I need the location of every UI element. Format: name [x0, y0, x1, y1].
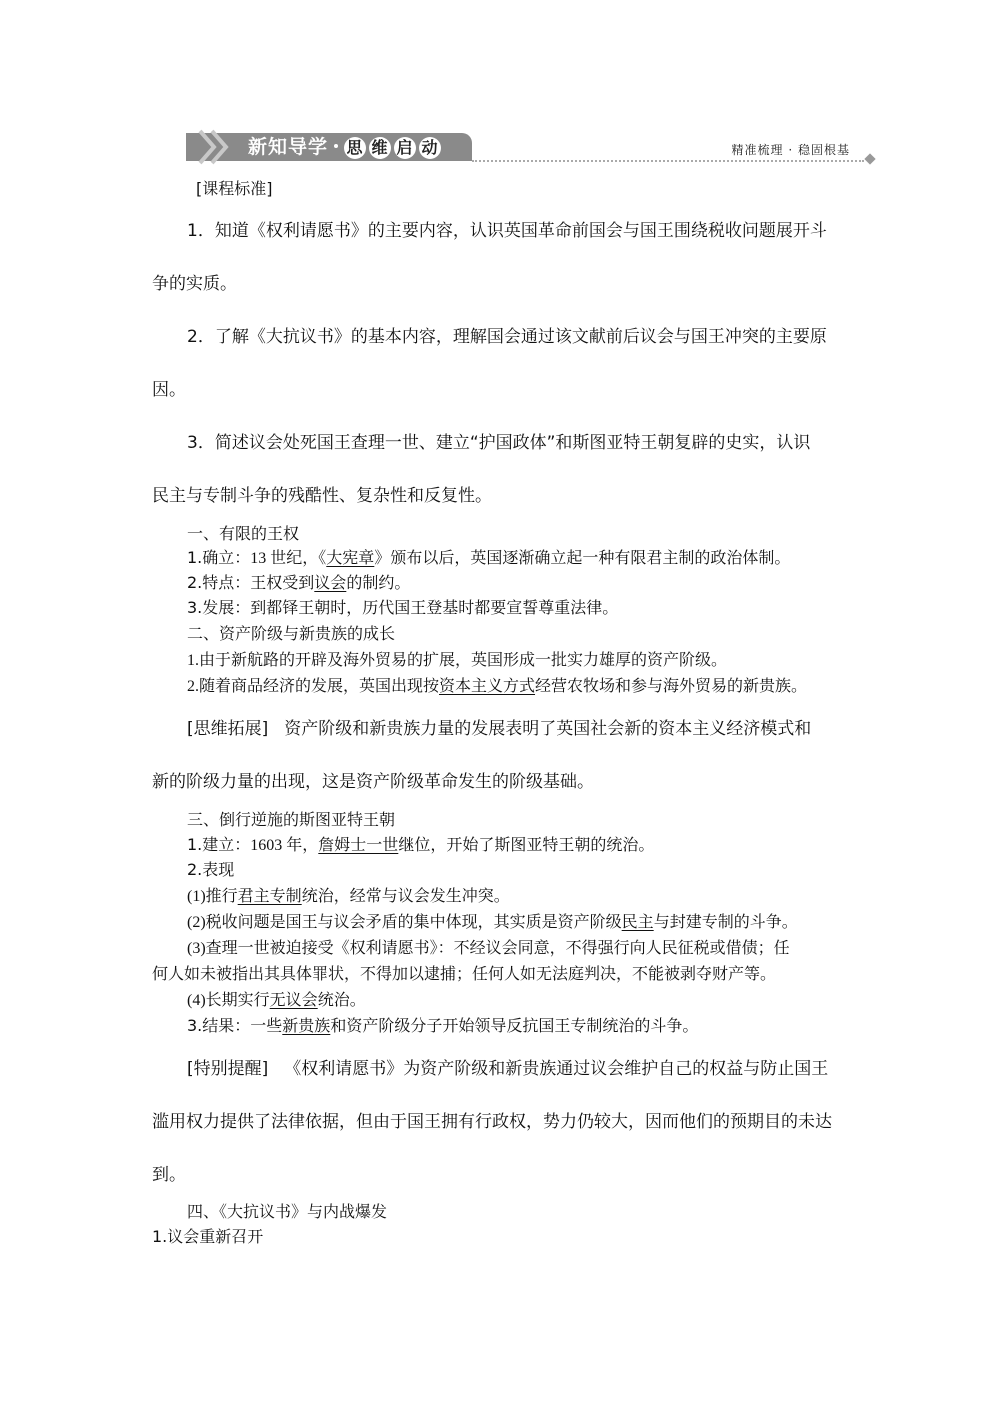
item-text: 的制约。 [346, 575, 410, 592]
special-reminder-note: [特别提醒]《权利请愿书》为资产阶级和新贵族通过议会维护自己的权益与防止国王 [187, 1054, 828, 1079]
section1-title: 一、有限的王权 [187, 521, 299, 544]
banner-circled-char: 维 [369, 137, 391, 159]
special-reminder-note-line2: 滥用权力提供了法律依据，但由于国王拥有行政权，势力仍较大，因而他们的预期目的未达 [152, 1107, 832, 1132]
item-text: 》颁布以后，英国逐渐确立起一种有限君主制的政治体制。 [374, 550, 790, 567]
banner-title: 新知导学思维启动 [248, 135, 444, 159]
item-text: 1603 年， [250, 837, 318, 854]
section3-perf-label: 2.表现 [187, 857, 234, 880]
banner-subtitle: 精准梳理 · 稳固根基 [732, 141, 850, 158]
thinking-extension-note-line2: 新的阶级力量的出现，这是资产阶级革命发生的阶级基础。 [152, 767, 594, 792]
diamond-icon [864, 153, 875, 164]
section4-sub1: 1.议会重新召开 [152, 1224, 263, 1247]
section3-perf-1: (1)推行君主专制统治，经常与议会发生冲突。 [187, 883, 510, 906]
curriculum-item-2-line2: 因。 [152, 375, 186, 400]
fill-blank-answer: 大宪章 [326, 550, 374, 567]
item-text: 2.随着商品经济的发展，英国出现按 [187, 678, 439, 695]
section3-perf-2: (2)税收问题是国王与议会矛盾的集中体现，其实质是资产阶级民主与封建专制的斗争。 [187, 909, 798, 932]
curriculum-label: [课程标准] [196, 176, 273, 199]
item-text: 统治，经常与议会发生冲突。 [302, 888, 510, 905]
banner-block: 新知导学思维启动 [186, 133, 472, 161]
banner-dotted-line [472, 160, 864, 162]
banner-separator-dot [334, 144, 338, 148]
item-text: 经营农牧场和参与海外贸易的新贵族。 [535, 678, 807, 695]
item-text: 统治。 [318, 992, 366, 1009]
section3-perf-3-line2: 何人如未被指出其具体罪状，不得加以逮捕；任何人如无法庭判决，不能被剥夺财产等。 [152, 961, 776, 984]
item-text: 和资产阶级分子开始领导反抗国王专制统治的斗争。 [330, 1018, 698, 1035]
thinking-extension-note: [思维拓展]资产阶级和新贵族力量的发展表明了英国社会新的资本主义经济模式和 [187, 714, 811, 739]
fill-blank-answer: 詹姆士一世 [318, 837, 398, 854]
item-text: 到都铎王朝时，历代国王登基时都要宣誓尊重法律。 [250, 600, 618, 617]
banner-circled-char: 动 [419, 137, 441, 159]
curriculum-item-1-line2: 争的实质。 [152, 269, 237, 294]
banner-circled-char: 启 [394, 137, 416, 159]
item-text: 王权受到 [250, 575, 314, 592]
banner-main-text: 新知导学 [248, 136, 328, 158]
item-text: (1)推行 [187, 888, 238, 905]
item-text: (2)税收问题是国王与议会矛盾的集中体现，其实质是资产阶级 [187, 914, 622, 931]
item-label: 1.建立： [187, 835, 250, 854]
section4-title: 四、《大抗议书》与内战爆发 [187, 1199, 387, 1222]
fill-blank-answer: 议会 [314, 575, 346, 592]
item-label: 2.特点： [187, 573, 250, 592]
item-text: 13 世纪，《 [250, 550, 326, 567]
fill-blank-answer: 无议会 [270, 992, 318, 1009]
item-text: 一些 [250, 1018, 282, 1035]
fill-blank-answer: 新贵族 [282, 1018, 330, 1035]
section2-item-1: 1.由于新航路的开辟及海外贸易的扩展，英国形成一批实力雄厚的资产阶级。 [187, 647, 727, 670]
fill-blank-answer: 民主 [622, 914, 654, 931]
item-text: 与封建专制的斗争。 [654, 914, 798, 931]
section3-title: 三、倒行逆施的斯图亚特王朝 [187, 807, 395, 830]
note-text: 资产阶级和新贵族力量的发展表明了英国社会新的资本主义经济模式和 [284, 719, 811, 739]
item-text: 继位，开始了斯图亚特王朝的统治。 [398, 837, 654, 854]
curriculum-item-3-line2: 民主与专制斗争的残酷性、复杂性和反复性。 [152, 481, 492, 506]
special-reminder-note-line3: 到。 [152, 1160, 186, 1185]
fill-blank-answer: 君主专制 [238, 888, 302, 905]
banner-circled-char: 思 [344, 137, 366, 159]
section3-perf-3-line1: (3)查理一世被迫接受《权利请愿书》：不经议会同意，不得强行向人民征税或借债；任 [187, 935, 790, 958]
double-chevron-icon [196, 129, 240, 165]
note-label: [特别提醒] [187, 1059, 268, 1079]
section2-item-2: 2.随着商品经济的发展，英国出现按资本主义方式经营农牧场和参与海外贸易的新贵族。 [187, 673, 807, 696]
fill-blank-answer: 资本主义方式 [439, 678, 535, 695]
note-text: 《权利请愿书》为资产阶级和新贵族通过议会维护自己的权益与防止国王 [284, 1059, 828, 1079]
curriculum-item-2-line1: 2．了解《大抗议书》的基本内容，理解国会通过该文献前后议会与国王冲突的主要原 [187, 322, 827, 347]
item-label: 3.结果： [187, 1016, 250, 1035]
note-label: [思维拓展] [187, 719, 268, 739]
item-label: 3.发展： [187, 598, 250, 617]
section3-establish: 1.建立：1603 年，詹姆士一世继位，开始了斯图亚特王朝的统治。 [187, 832, 654, 855]
section1-item-1: 1.确立：13 世纪，《大宪章》颁布以后，英国逐渐确立起一种有限君主制的政治体制… [187, 545, 790, 568]
section3-result: 3.结果：一些新贵族和资产阶级分子开始领导反抗国王专制统治的斗争。 [187, 1013, 698, 1036]
section-banner: 新知导学思维启动 精准梳理 · 稳固根基 [186, 133, 876, 163]
item-text: (4)长期实行 [187, 992, 270, 1009]
section1-item-3: 3.发展：到都铎王朝时，历代国王登基时都要宣誓尊重法律。 [187, 595, 618, 618]
section1-item-2: 2.特点：王权受到议会的制约。 [187, 570, 410, 593]
item-label: 1.确立： [187, 548, 250, 567]
curriculum-item-3-line1: 3．简述议会处死国王查理一世、建立“护国政体”和斯图亚特王朝复辟的史实，认识 [187, 428, 810, 453]
section2-title: 二、资产阶级与新贵族的成长 [187, 621, 395, 644]
section3-perf-4: (4)长期实行无议会统治。 [187, 987, 366, 1010]
curriculum-item-1-line1: 1．知道《权利请愿书》的主要内容，认识英国革命前国会与国王围绕税收问题展开斗 [187, 216, 827, 241]
